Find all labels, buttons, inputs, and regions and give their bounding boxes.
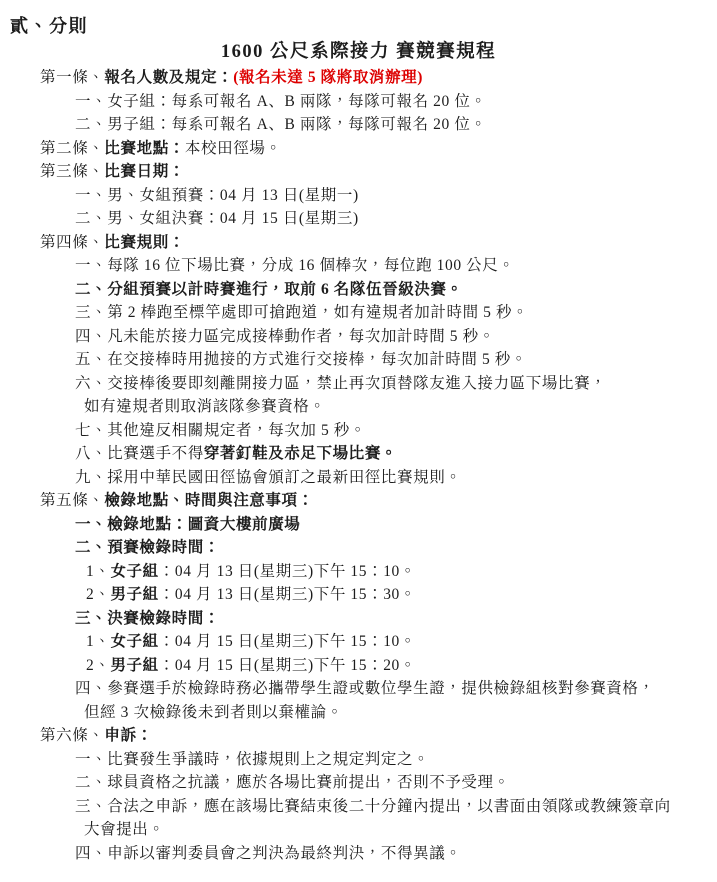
text-segment: 2、 xyxy=(86,657,110,674)
text-segment: ：04 月 13 日(星期三)下午 15：30。 xyxy=(159,586,416,603)
text-segment: 二、男、女組決賽：04 月 15 日(星期三) xyxy=(75,210,359,227)
text-segment: 男子組 xyxy=(110,586,158,603)
text-segment: 六、交接棒後要即刻離開接力區，禁止再次頂替隊友進入接力區下場比賽， xyxy=(75,375,606,392)
text-segment: 女子組 xyxy=(110,563,158,580)
text-segment: 二、分組預賽以計時賽進行，取前 6 名隊伍晉級決賽。 xyxy=(75,281,463,298)
text-segment: 第四條、 xyxy=(40,234,104,251)
document-line: 四、參賽選手於檢錄時務必攜帶學生證或數位學生證，提供檢錄組核對參賽資格， xyxy=(0,677,717,701)
document-line: 四、申訴以審判委員會之判決為最終判決，不得異議。 xyxy=(0,842,717,866)
text-segment: 第一條、 xyxy=(40,69,104,86)
text-segment: 七、其他違反相關規定者，每次加 5 秒。 xyxy=(75,422,366,439)
document-line: 一、比賽發生爭議時，依據規則上之規定判定之。 xyxy=(0,748,717,772)
document-line: 六、交接棒後要即刻離開接力區，禁止再次頂替隊友進入接力區下場比賽， xyxy=(0,372,717,396)
text-segment: 本校田徑場。 xyxy=(185,140,282,157)
document-line: 九、採用中華民國田徑協會頒訂之最新田徑比賽規則。 xyxy=(0,466,717,490)
text-segment: 九、採用中華民國田徑協會頒訂之最新田徑比賽規則。 xyxy=(75,469,461,486)
text-segment: 但經 3 次檢錄後未到者則以棄權論。 xyxy=(84,704,343,721)
text-segment: 一、檢錄地點：圖資大樓前廣場 xyxy=(75,516,300,533)
document-line: 第四條、比賽規則： xyxy=(0,231,717,255)
text-segment: ：04 月 15 日(星期三)下午 15：20。 xyxy=(159,657,416,674)
text-segment: 第五條、 xyxy=(40,492,104,509)
document-line: 1、女子組：04 月 13 日(星期三)下午 15：10。 xyxy=(0,560,717,584)
document-line: 第二條、比賽地點：本校田徑場。 xyxy=(0,137,717,161)
text-segment: 五、在交接棒時用拋接的方式進行交接棒，每次加計時間 5 秒。 xyxy=(75,351,527,368)
text-segment: 比賽日期： xyxy=(104,163,185,180)
document-line: 2、男子組：04 月 13 日(星期三)下午 15：30。 xyxy=(0,583,717,607)
text-segment: 女子組 xyxy=(110,633,158,650)
text-segment: 四、申訴以審判委員會之判決為最終判決，不得異議。 xyxy=(75,845,461,862)
text-segment: 第六條、 xyxy=(40,727,104,744)
text-segment: 一、男、女組預賽：04 月 13 日(星期一) xyxy=(75,187,359,204)
document-line: 三、合法之申訴，應在該場比賽結束後二十分鐘內提出，以書面由領隊或教練簽章向 xyxy=(0,795,717,819)
text-segment: 三、合法之申訴，應在該場比賽結束後二十分鐘內提出，以書面由領隊或教練簽章向 xyxy=(75,798,671,815)
document-line: 大會提出。 xyxy=(0,818,717,842)
text-segment: 三、決賽檢錄時間： xyxy=(75,610,220,627)
document-line: 二、分組預賽以計時賽進行，取前 6 名隊伍晉級決賽。 xyxy=(0,278,717,302)
page-title: 1600 公尺系際接力 賽競賽規程 xyxy=(0,39,717,65)
text-segment: 二、預賽檢錄時間： xyxy=(75,539,220,556)
text-segment: 比賽規則： xyxy=(104,234,185,251)
text-segment: (報名未達 5 隊將取消辦理) xyxy=(233,69,423,86)
text-segment: 大會提出。 xyxy=(84,821,165,838)
document-line: 第五條、檢錄地點、時間與注意事項： xyxy=(0,489,717,513)
document-line: 四、凡未能於接力區完成接棒動作者，每次加計時間 5 秒。 xyxy=(0,325,717,349)
document-line: 三、第 2 棒跑至標竿處即可搶跑道，如有違規者加計時間 5 秒。 xyxy=(0,301,717,325)
text-segment: 第三條、 xyxy=(40,163,104,180)
document-line: 二、男、女組決賽：04 月 15 日(星期三) xyxy=(0,207,717,231)
document-line: 但經 3 次檢錄後未到者則以棄權論。 xyxy=(0,701,717,725)
text-segment: 檢錄地點、時間與注意事項： xyxy=(104,492,313,509)
text-segment: 一、比賽發生爭議時，依據規則上之規定判定之。 xyxy=(75,751,429,768)
document-line: 第三條、比賽日期： xyxy=(0,160,717,184)
text-segment: ：04 月 15 日(星期三)下午 15：10。 xyxy=(159,633,416,650)
text-segment: 三、第 2 棒跑至標竿處即可搶跑道，如有違規者加計時間 5 秒。 xyxy=(75,304,528,321)
document-lines: 第一條、報名人數及規定：(報名未達 5 隊將取消辦理)一、女子組：每系可報名 A… xyxy=(0,66,717,865)
text-segment: 男子組 xyxy=(110,657,158,674)
text-segment: 如有違規者則取消該隊參賽資格。 xyxy=(84,398,326,415)
document-line: 一、每隊 16 位下場比賽，分成 16 個棒次，每位跑 100 公尺。 xyxy=(0,254,717,278)
text-segment: 比賽地點： xyxy=(104,140,185,157)
document-line: 二、預賽檢錄時間： xyxy=(0,536,717,560)
text-segment: 四、參賽選手於檢錄時務必攜帶學生證或數位學生證，提供檢錄組核對參賽資格， xyxy=(75,680,655,697)
document-line: 一、檢錄地點：圖資大樓前廣場 xyxy=(0,513,717,537)
document-line: 三、決賽檢錄時間： xyxy=(0,607,717,631)
text-segment: 二、球員資格之抗議，應於各場比賽前提出，否則不予受理。 xyxy=(75,774,510,791)
text-segment: 八、比賽選手不得 xyxy=(75,445,204,462)
text-segment: 2、 xyxy=(86,586,110,603)
document-line: 五、在交接棒時用拋接的方式進行交接棒，每次加計時間 5 秒。 xyxy=(0,348,717,372)
document-line: 如有違規者則取消該隊參賽資格。 xyxy=(0,395,717,419)
text-segment: 四、凡未能於接力區完成接棒動作者，每次加計時間 5 秒。 xyxy=(75,328,495,345)
section-label: 貳、分則 xyxy=(0,13,717,39)
document-line: 七、其他違反相關規定者，每次加 5 秒。 xyxy=(0,419,717,443)
document-line: 1、女子組：04 月 15 日(星期三)下午 15：10。 xyxy=(0,630,717,654)
document-page: 貳、分則 1600 公尺系際接力 賽競賽規程 第一條、報名人數及規定：(報名未達… xyxy=(0,0,717,882)
text-segment: 申訴： xyxy=(104,727,152,744)
document-line: 2、男子組：04 月 15 日(星期三)下午 15：20。 xyxy=(0,654,717,678)
document-line: 一、女子組：每系可報名 A、B 兩隊，每隊可報名 20 位。 xyxy=(0,90,717,114)
document-line: 一、男、女組預賽：04 月 13 日(星期一) xyxy=(0,184,717,208)
document-line: 第一條、報名人數及規定：(報名未達 5 隊將取消辦理) xyxy=(0,66,717,90)
text-segment: 穿著釘鞋及赤足下場比賽。 xyxy=(204,445,397,462)
document-line: 八、比賽選手不得穿著釘鞋及赤足下場比賽。 xyxy=(0,442,717,466)
document-line: 第六條、申訴： xyxy=(0,724,717,748)
text-segment: 一、女子組：每系可報名 A、B 兩隊，每隊可報名 20 位。 xyxy=(75,93,487,110)
text-segment: ：04 月 13 日(星期三)下午 15：10。 xyxy=(159,563,416,580)
text-segment: 1、 xyxy=(86,633,110,650)
document-line: 二、男子組：每系可報名 A、B 兩隊，每隊可報名 20 位。 xyxy=(0,113,717,137)
text-segment: 報名人數及規定： xyxy=(104,69,233,86)
document-line: 二、球員資格之抗議，應於各場比賽前提出，否則不予受理。 xyxy=(0,771,717,795)
text-segment: 第二條、 xyxy=(40,140,104,157)
text-segment: 二、男子組：每系可報名 A、B 兩隊，每隊可報名 20 位。 xyxy=(75,116,487,133)
text-segment: 一、每隊 16 位下場比賽，分成 16 個棒次，每位跑 100 公尺。 xyxy=(75,257,515,274)
text-segment: 1、 xyxy=(86,563,110,580)
